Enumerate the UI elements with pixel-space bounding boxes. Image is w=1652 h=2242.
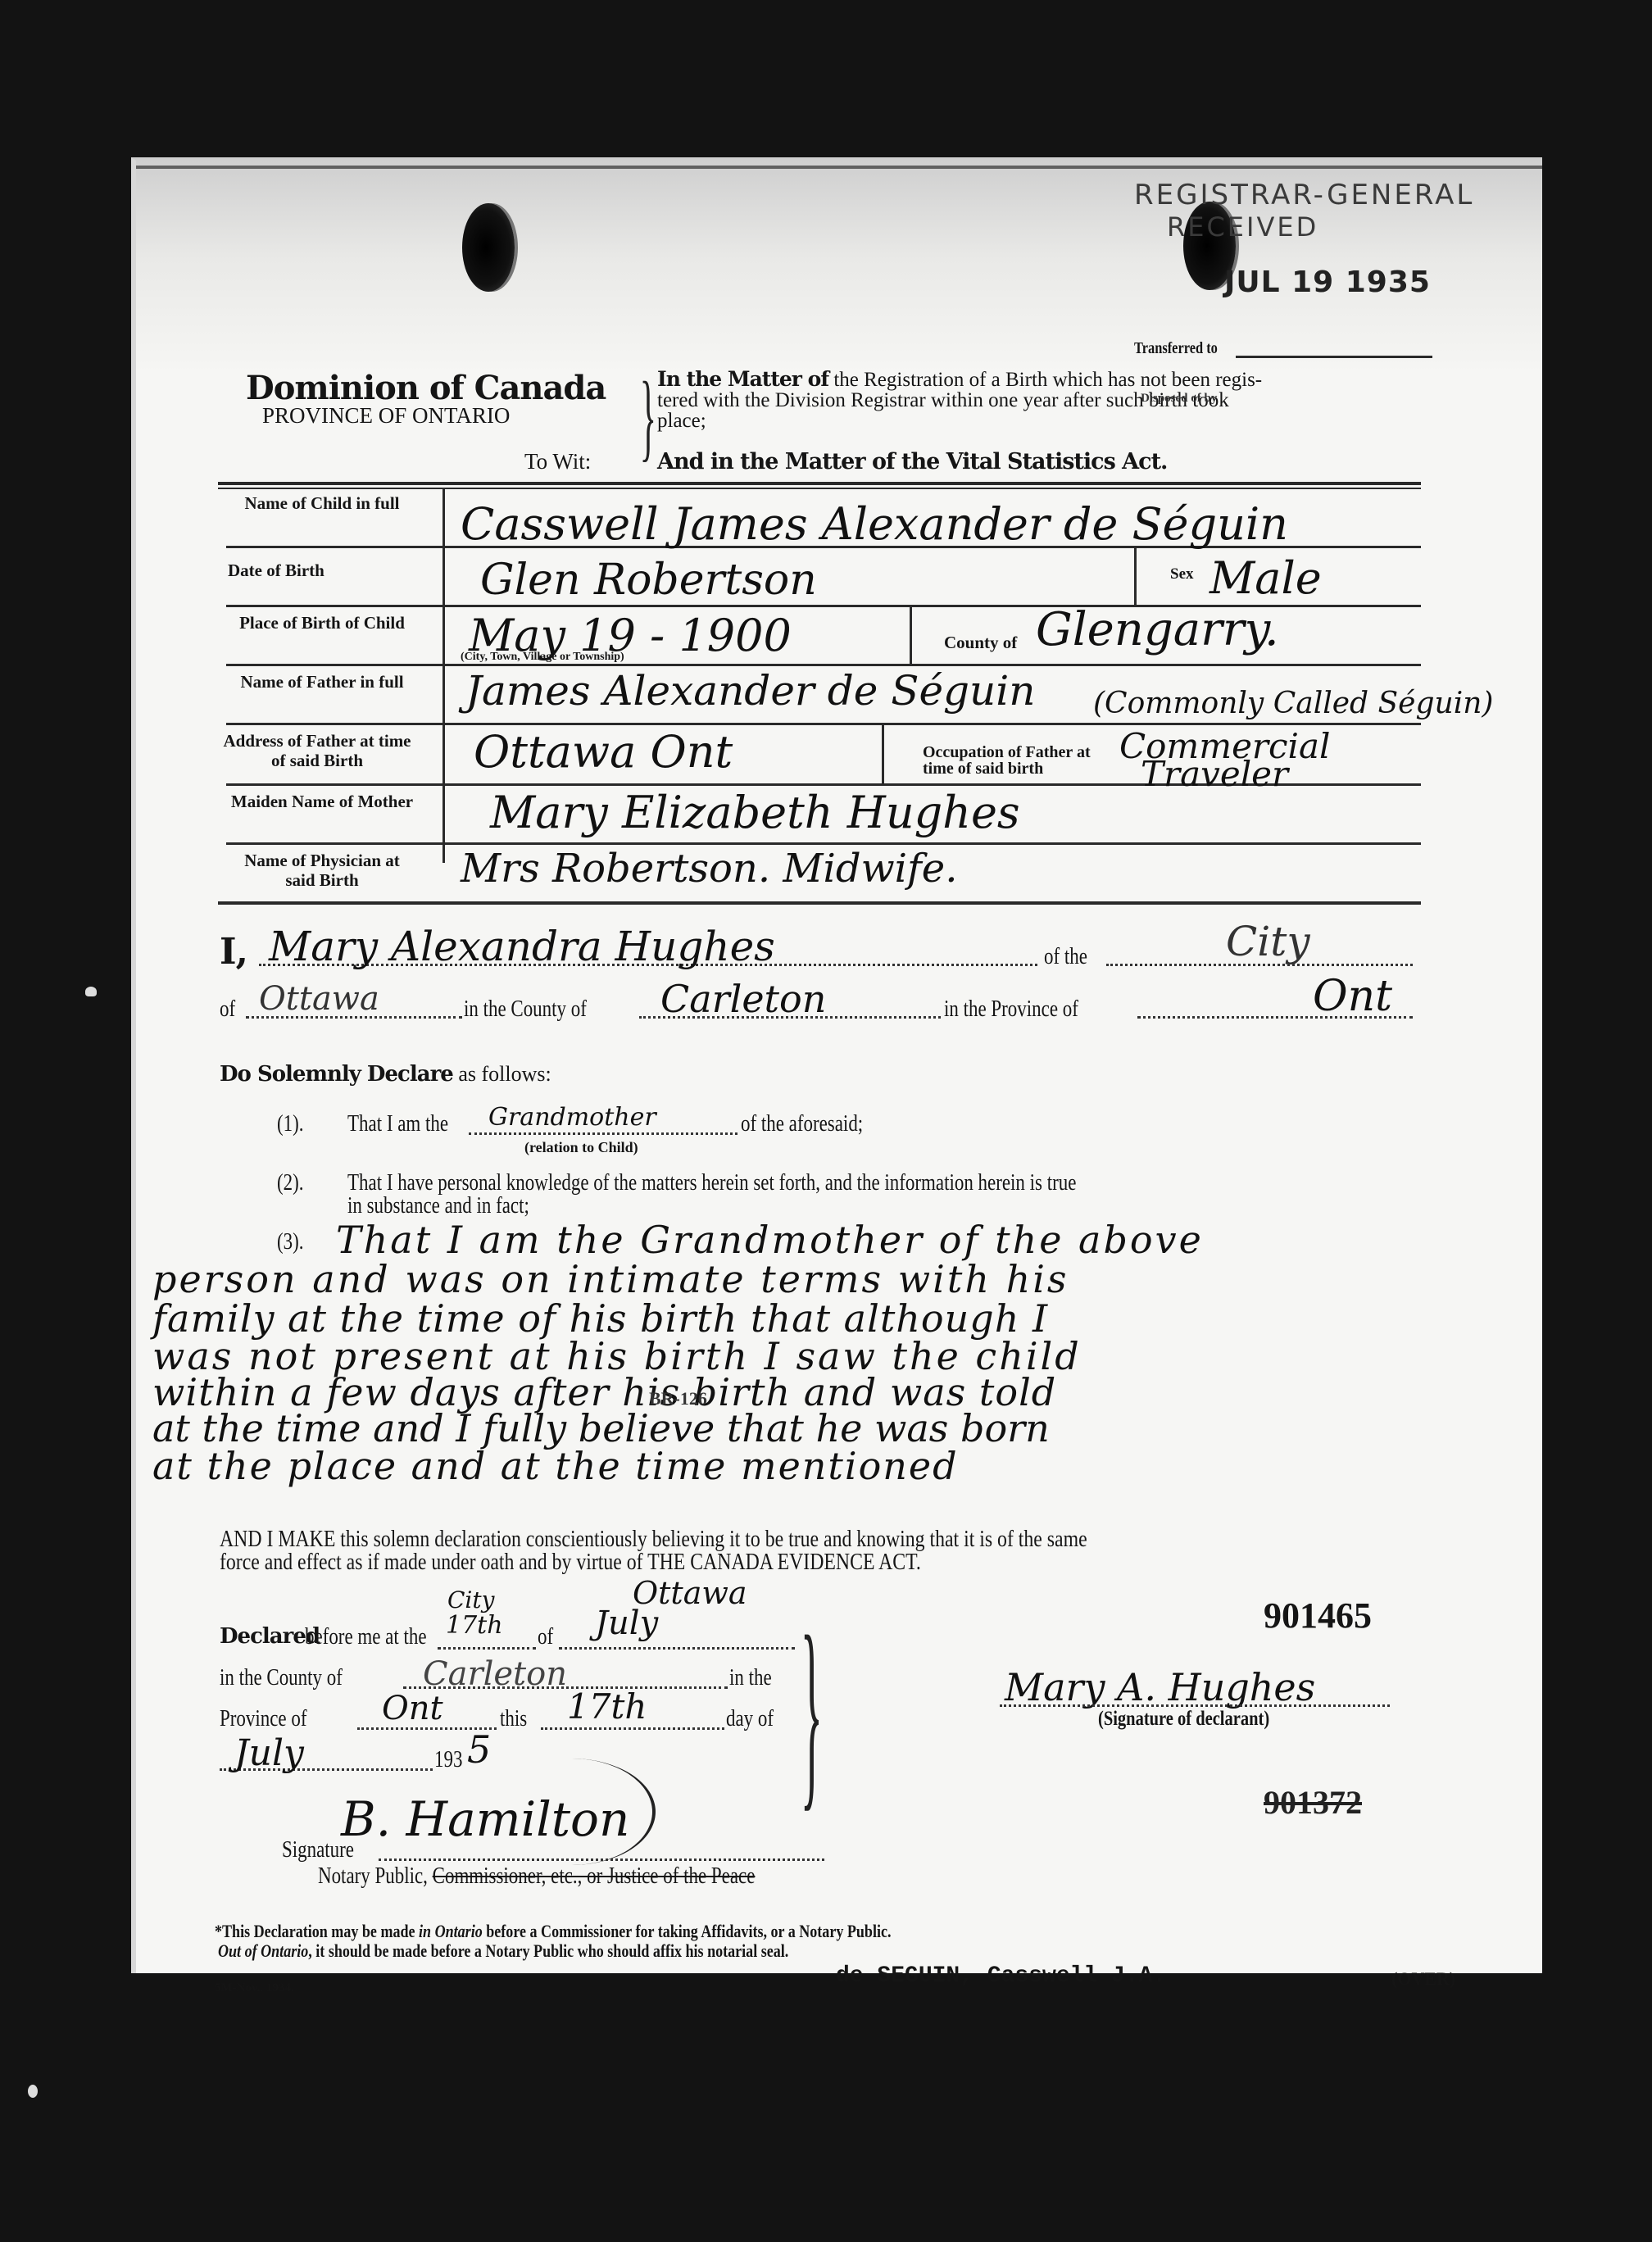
- matter-line-2: tered with the Division Registrar within…: [657, 390, 1526, 411]
- value-mother-maiden-name: Mary Elizabeth Hughes: [490, 787, 1020, 838]
- occupation-label: Occupation of Father at time of said bir…: [923, 744, 1119, 777]
- footnote-italic: Out of Ontario: [218, 1940, 308, 1961]
- table-bottom-rule: [218, 901, 1421, 905]
- stamp-line-received: RECEIVED: [1167, 211, 1474, 243]
- transferred-to-label: Transferred to: [1134, 339, 1218, 358]
- value-sex: Male: [1209, 552, 1322, 604]
- declare-heading-lead: Do Solemnly Declare: [220, 1062, 453, 1087]
- value-occupation-line2: Traveler: [1141, 754, 1288, 794]
- notary-title-struck: Commissioner, etc., or Justice of the Pe…: [433, 1863, 756, 1889]
- place-of-birth-caption: (City, Town, Village or Township): [461, 651, 624, 664]
- table-top-rule-2: [218, 488, 1421, 489]
- item2-line2: in substance and in fact;: [347, 1193, 529, 1219]
- to-wit-label: To Wit:: [524, 449, 591, 474]
- declared-county-label: in the County of: [220, 1665, 343, 1691]
- declared-month-overwrite: July: [595, 1604, 658, 1642]
- label-date-of-birth: Date of Birth: [228, 560, 359, 580]
- struck-registration-number: 901372: [1264, 1783, 1362, 1822]
- item1-caption: (relation to Child): [524, 1139, 638, 1156]
- matter-vital-statistics: And in the Matter of the Vital Statistic…: [657, 449, 1167, 474]
- value-date-of-birth: Glen Robertson: [480, 556, 817, 605]
- declared-before-me: before me at the: [305, 1624, 427, 1650]
- county-of-label: in the County of: [464, 996, 587, 1023]
- row-rule: [226, 723, 1421, 725]
- sex-label: Sex: [1170, 565, 1194, 583]
- over-label: (OVER): [1391, 1968, 1455, 1990]
- punch-hole-left: [462, 203, 515, 292]
- transferred-to-line: [1236, 356, 1432, 358]
- province-title: PROVINCE OF ONTARIO: [262, 403, 510, 429]
- province-of-label: in the Province of: [944, 996, 1078, 1023]
- notary-seal-arc: [488, 1759, 656, 1865]
- item1-relation-line: [469, 1132, 737, 1135]
- value-child-name: Casswell James Alexander de Séguin: [461, 498, 1288, 550]
- declared-of-line: [559, 1647, 795, 1650]
- item1-text-post: of the aforesaid;: [741, 1111, 863, 1137]
- stamp-line-registrar: REGISTRAR-GENERAL: [1134, 179, 1474, 211]
- occupation-divider: [882, 724, 884, 783]
- label-place-of-birth: Place of Birth of Child: [228, 613, 416, 633]
- declarant-name: Mary Alexandra Hughes: [269, 923, 775, 970]
- of-label: of: [220, 996, 235, 1023]
- solemn-declaration-line2: force and effect as if made under oath a…: [220, 1549, 921, 1576]
- item3-number: (3).: [277, 1229, 304, 1255]
- solemnly-declare-heading: Do Solemnly Declare as follows:: [220, 1062, 551, 1087]
- declarant-signature-line: [1000, 1704, 1390, 1707]
- declared-day-small: 17th: [446, 1611, 503, 1640]
- declared-at-value: City: [447, 1586, 494, 1613]
- value-father-name-note: (Commonly Called Séguin): [1093, 687, 1493, 720]
- label-father-name: Name of Father in full: [228, 672, 416, 692]
- declared-county-value: Carleton: [423, 1655, 567, 1693]
- registration-number: 901465: [1264, 1595, 1372, 1636]
- matter-clause: In the Matter of the Registration of a B…: [657, 369, 1526, 431]
- stamp-date: JUL 19 1935: [1224, 265, 1474, 299]
- disposed-of-by-label: Disposed of by: [1141, 392, 1217, 406]
- declared-province-label: Province of: [220, 1706, 306, 1732]
- declarant-signature: Mary A. Hughes: [1005, 1665, 1315, 1709]
- of-the-label: of the: [1044, 944, 1087, 970]
- declare-heading-suffix: as follows:: [458, 1062, 551, 1086]
- value-father-address: Ottawa Ont: [474, 726, 733, 778]
- value-physician: Mrs Robertson. Midwife.: [461, 846, 957, 892]
- notary-title: Notary Public, Commissioner, etc., or Ju…: [318, 1863, 755, 1890]
- label-mother-maiden-name: Maiden Name of Mother: [228, 792, 416, 811]
- notary-title-kept: Notary Public,: [318, 1863, 428, 1889]
- county-of-value: Carleton: [660, 977, 826, 1021]
- declared-at-line: [438, 1647, 536, 1650]
- declared-of-label: of: [538, 1624, 553, 1650]
- signature-label: Signature: [282, 1837, 354, 1863]
- item1-text-pre: That I am the: [347, 1111, 448, 1137]
- sex-divider: [1134, 547, 1137, 605]
- signature-line: [379, 1858, 824, 1861]
- matter-lead: In the Matter of: [657, 367, 828, 391]
- item1-number: (1).: [277, 1111, 304, 1137]
- footnote-line1: *This Declaration may be made in Ontario…: [215, 1921, 891, 1942]
- background-speck: [28, 2085, 38, 2098]
- declared-year-suffix: 5: [467, 1727, 491, 1772]
- matter-line-3: place;: [657, 411, 1526, 431]
- item2-number: (2).: [277, 1170, 304, 1196]
- value-county: Glengarry.: [1036, 603, 1279, 656]
- row-rule: [226, 842, 1421, 845]
- item3-line: at the place and at the time mentioned: [152, 1444, 959, 1488]
- form-code: 5M-Nov., 1934.: [215, 1981, 294, 1995]
- background-speck: [85, 987, 97, 996]
- value-father-name: James Alexander de Séguin: [465, 667, 1035, 715]
- province-of-value: Ont: [1313, 972, 1392, 1021]
- table-top-rule: [218, 482, 1421, 485]
- declared-month-value: July: [234, 1732, 304, 1774]
- page-top-edge: [136, 166, 1542, 169]
- county-label: County of: [944, 633, 1017, 653]
- of-the-value: City: [1226, 918, 1310, 965]
- declared-this-label: this: [500, 1706, 527, 1732]
- received-stamp: REGISTRAR-GENERAL RECEIVED JUL 19 1935: [1134, 179, 1474, 299]
- index-name: de SEGUIN, Casswell J.A.: [836, 1963, 1166, 1989]
- matter-line-1: the Registration of a Birth which has no…: [833, 369, 1262, 391]
- declared-year-prefix: 193: [434, 1747, 462, 1773]
- item3-line: person and was on intimate terms with hi…: [152, 1257, 1069, 1301]
- label-child-name: Name of Child in full: [228, 493, 416, 513]
- document-page: REGISTRAR-GENERAL RECEIVED JUL 19 1935 T…: [131, 157, 1542, 1973]
- row-rule: [226, 664, 1421, 666]
- occupation-label-text: Occupation of Father at time of said bir…: [923, 744, 1119, 777]
- label-father-address: Address of Father at time of said Birth: [223, 731, 411, 770]
- footnote-part: *This Declaration may be made: [215, 1921, 419, 1941]
- declared-in-the: in the: [729, 1665, 772, 1691]
- of-value: Ottawa: [259, 980, 379, 1018]
- footnote-line2: Out of Ontario, it should be made before…: [218, 1940, 788, 1962]
- declared-day-value: 17th: [567, 1686, 647, 1727]
- table-column-divider: [442, 488, 445, 863]
- dominion-title: Dominion of Canada: [246, 369, 606, 407]
- item1-relation-value: Grandmother: [488, 1103, 656, 1132]
- footnote-part: , it should be made before a Notary Publ…: [308, 1940, 788, 1961]
- item3-line: That I am the Grandmother of the above: [336, 1218, 1204, 1262]
- i-label: I,: [220, 931, 247, 973]
- declared-day-of: day of: [726, 1706, 774, 1732]
- declared-brace: }: [801, 1604, 823, 1818]
- footnote-part: before a Commissioner for taking Affidav…: [483, 1921, 892, 1941]
- header-brace: }: [640, 367, 656, 465]
- county-divider: [910, 606, 912, 664]
- declared-day-line: [541, 1727, 724, 1730]
- declarant-signature-caption: (Signature of declarant): [1098, 1708, 1269, 1731]
- item3-stamp-overlay: BR-126: [649, 1388, 707, 1409]
- footnote-italic: in Ontario: [419, 1921, 483, 1941]
- label-physician: Name of Physician at said Birth: [228, 851, 416, 890]
- declared-province-value: Ont: [382, 1690, 443, 1727]
